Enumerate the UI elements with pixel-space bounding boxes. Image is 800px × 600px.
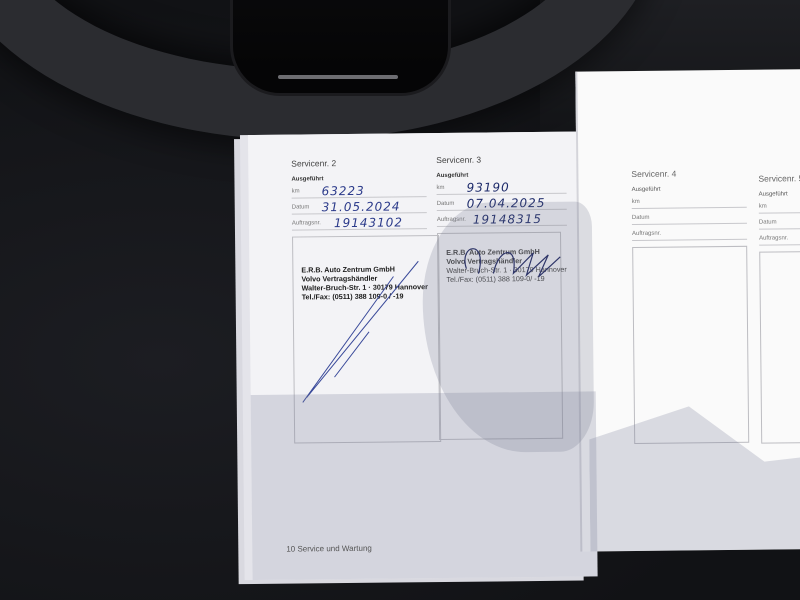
date-row: Datum [632,208,747,225]
date-label: Datum [437,201,455,207]
date-label: Datum [632,215,650,221]
km-row: km [759,197,800,214]
date-value: 31.05.2024 [322,199,401,214]
order-label: Auftragsnr. [292,220,321,226]
service-entry-5: Servicenr. 5 Ausgeführt km Datum Auftrag… [758,173,800,444]
page-footer: 10 Service und Wartung [286,544,372,554]
date-row: Datum [759,213,800,230]
date-label: Datum [759,219,777,225]
service-title: Servicenr. 4 [631,168,746,179]
stamp-box [759,251,800,444]
km-row: km 63223 [291,181,426,198]
km-value: 93190 [466,180,509,194]
km-label: km [759,204,767,210]
km-value: 63223 [321,184,364,198]
order-value: 19143102 [334,215,403,230]
service-entry-4: Servicenr. 4 Ausgeführt km Datum Auftrag… [631,168,749,444]
order-row: Auftragsnr. [632,224,747,241]
km-label: km [632,199,640,205]
service-title: Servicenr. 2 [291,157,426,168]
km-label: km [292,188,300,194]
date-row: Datum 31.05.2024 [292,197,427,214]
photo-scene: Servicenr. 2 Ausgeführt km 63223 Datum 3… [0,0,800,600]
order-row: Auftragsnr. [759,229,800,246]
km-row: km 93190 [436,178,566,195]
order-row: Auftragsnr. 19143102 [292,213,427,230]
order-label: Auftragsnr. [759,235,788,241]
order-label: Auftragsnr. [632,231,661,237]
service-booklet: Servicenr. 2 Ausgeführt km 63223 Datum 3… [235,69,800,585]
km-row: km [632,192,747,209]
dealer-stamp: E.R.B. Auto Zentrum GmbH Volvo Vertragsh… [301,264,428,301]
km-label: km [437,185,445,191]
service-title: Servicenr. 5 [758,173,800,184]
stamp-line: Tel./Fax: (0511) 388 109-0 / -19 [302,291,428,301]
date-label: Datum [292,204,310,210]
service-title: Servicenr. 3 [436,154,566,165]
